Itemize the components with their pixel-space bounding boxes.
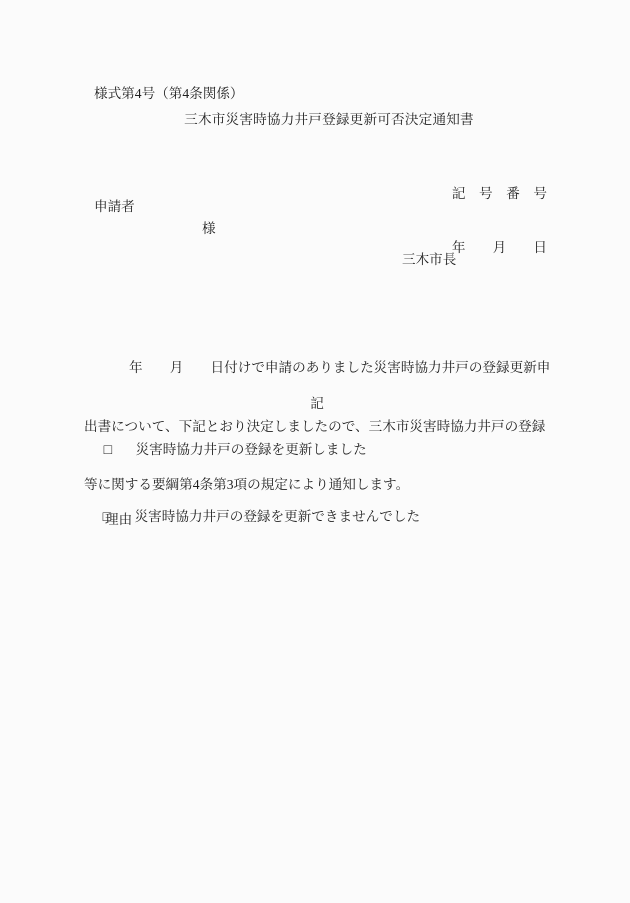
- body-line-3: 等に関する要綱第4条第3項の規定により通知します。: [84, 475, 550, 495]
- decision-option-approved: □災害時協力井戸の登録を更新しました: [90, 427, 367, 473]
- sender-mayor: 三木市長: [402, 252, 456, 267]
- document-title: 三木市災害時協力井戸登録更新可否決定通知書: [0, 112, 630, 127]
- form-number: 様式第4号（第4条関係）: [94, 86, 244, 101]
- reason-label: 理由: [105, 512, 132, 527]
- applicant-label: 申請者: [94, 199, 135, 214]
- note-marker: 記: [0, 396, 630, 411]
- checkbox-icon: □: [104, 443, 118, 458]
- addressee-honorific: 様: [202, 221, 216, 236]
- date-line: 年 月 日: [452, 239, 547, 257]
- reference-block: 記 号 番 号 年 月 日: [452, 149, 547, 293]
- body-line-1: 年 月 日付けで申請のありました災害時協力井戸の登録更新申: [84, 358, 550, 378]
- reference-number-line: 記 号 番 号: [452, 185, 547, 203]
- document-page: 様式第4号（第4条関係） 三木市災害時協力井戸登録更新可否決定通知書 記 号 番…: [0, 0, 630, 903]
- decision-option-rejected: □災害時協力井戸の登録を更新できませんでした: [89, 494, 420, 540]
- decision-approved-label: 災害時協力井戸の登録を更新しました: [136, 442, 367, 457]
- decision-rejected-label: 災害時協力井戸の登録を更新できませんでした: [135, 509, 420, 524]
